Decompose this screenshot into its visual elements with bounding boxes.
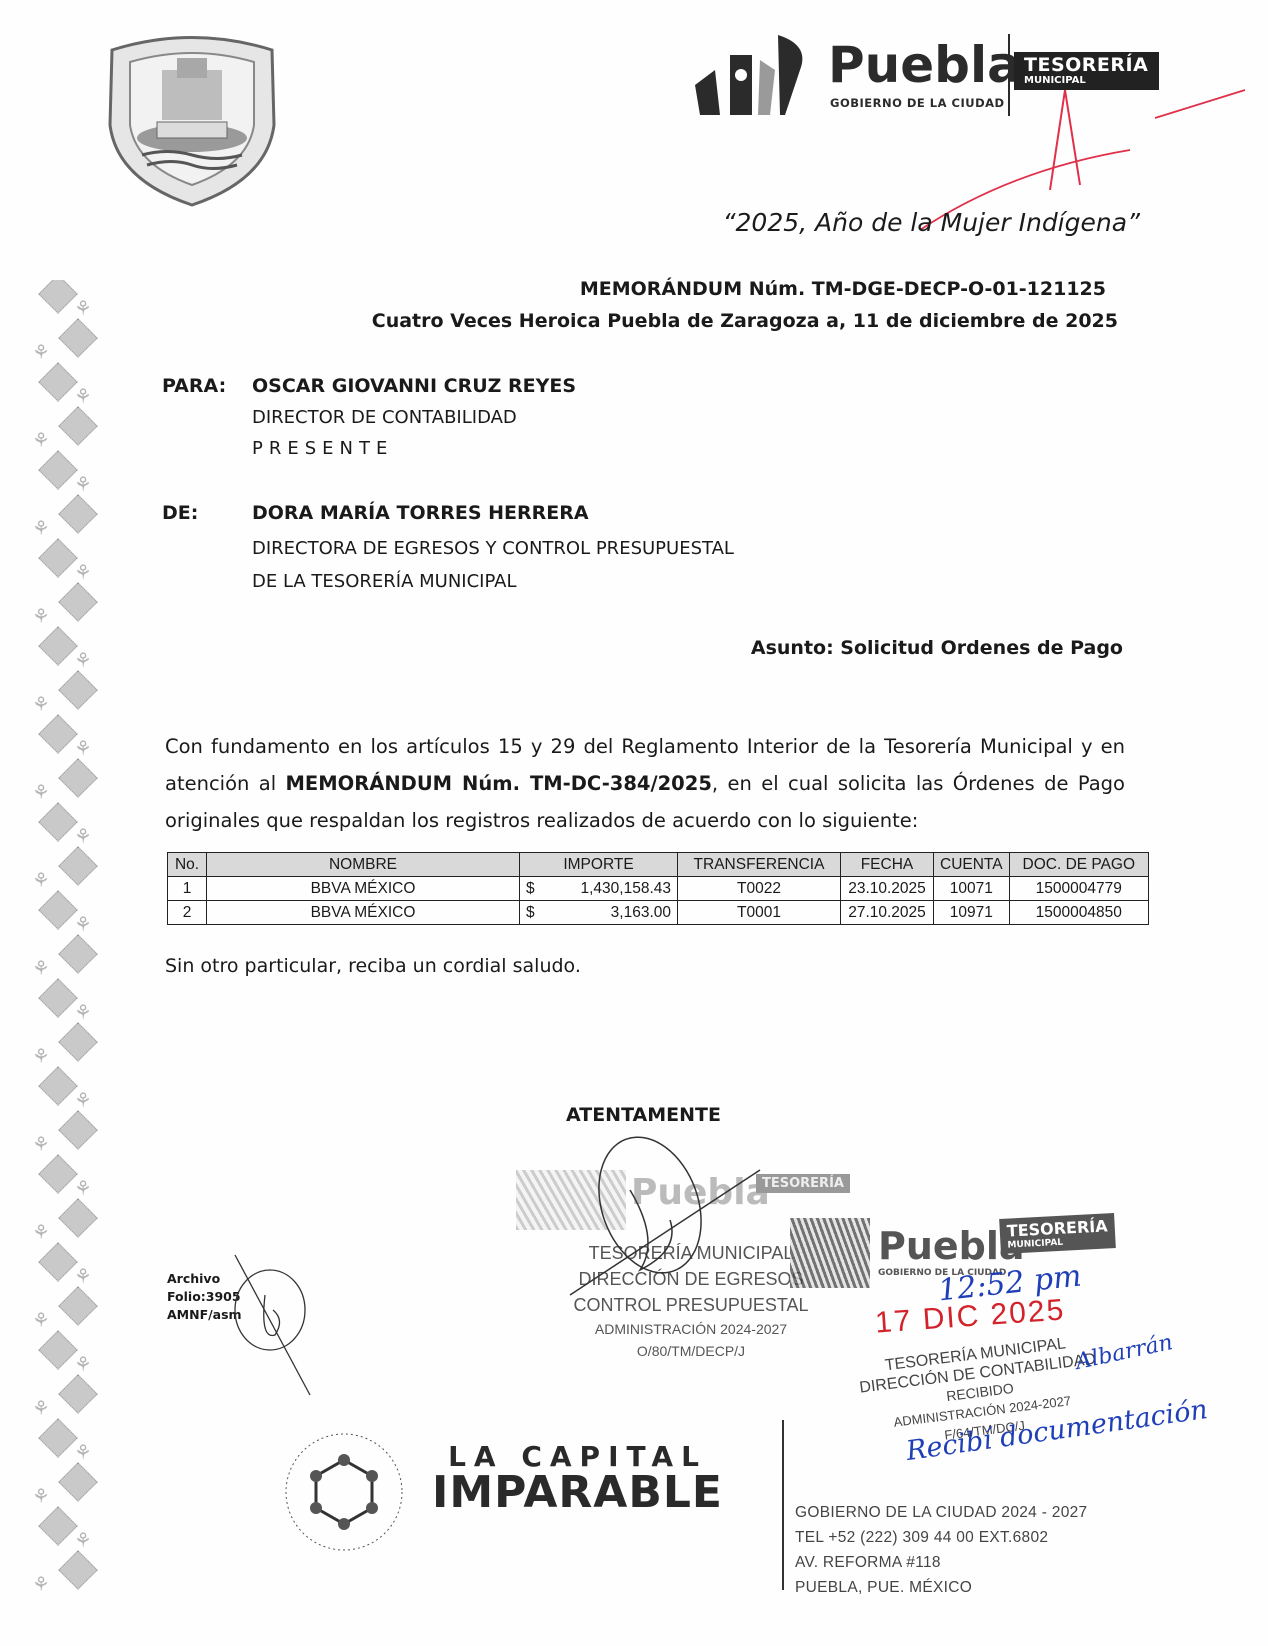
cell-cuenta: 10071	[934, 877, 1010, 901]
border-leaf-icon: ⚘	[32, 604, 50, 628]
border-diamond-icon	[58, 1198, 98, 1238]
coat-of-arms-icon	[102, 30, 282, 208]
border-diamond-icon	[38, 714, 78, 754]
border-diamond-icon	[58, 582, 98, 622]
border-diamond-icon	[58, 1022, 98, 1062]
border-leaf-icon: ⚘	[74, 472, 92, 496]
cell-cuenta: 10971	[934, 901, 1010, 925]
decorative-border: ⚘⚘⚘⚘⚘⚘⚘⚘⚘⚘⚘⚘⚘⚘⚘⚘⚘⚘⚘⚘⚘⚘⚘⚘⚘⚘⚘⚘⚘⚘	[30, 280, 102, 1600]
border-leaf-icon: ⚘	[74, 824, 92, 848]
cell-fecha: 23.10.2025	[841, 877, 934, 901]
border-leaf-icon: ⚘	[32, 956, 50, 980]
from-name: DORA MARÍA TORRES HERRERA	[252, 502, 589, 524]
cell-transferencia: T0001	[678, 901, 841, 925]
border-leaf-icon: ⚘	[32, 1572, 50, 1596]
border-leaf-icon: ⚘	[32, 1044, 50, 1068]
border-leaf-icon: ⚘	[74, 296, 92, 320]
amount-value: 3,163.00	[611, 904, 671, 921]
border-diamond-icon	[38, 1066, 78, 1106]
address-line: TEL +52 (222) 309 44 00 EXT.6802	[795, 1525, 1087, 1550]
border-leaf-icon: ⚘	[32, 1484, 50, 1508]
memo-number: MEMORÁNDUM Núm. TM-DGE-DECP-O-01-121125	[580, 278, 1106, 300]
border-leaf-icon: ⚘	[74, 648, 92, 672]
col-fecha: FECHA	[841, 853, 934, 877]
cell-doc-pago: 1500004779	[1009, 877, 1148, 901]
subject: Asunto: Solicitud Ordenes de Pago	[751, 637, 1123, 659]
cell-transferencia: T0022	[678, 877, 841, 901]
border-diamond-icon	[58, 318, 98, 358]
initials-signature	[215, 1250, 325, 1400]
norma-igualdad-seal-icon	[282, 1430, 407, 1555]
puebla-emblem-icon	[690, 30, 820, 120]
footer-divider	[782, 1420, 784, 1590]
address-line: AV. REFORMA #118	[795, 1550, 1087, 1575]
address-line: PUEBLA, PUE. MÉXICO	[795, 1575, 1087, 1600]
slogan-line2: IMPARABLE	[432, 1473, 723, 1513]
cell-importe: $1,430,158.43	[520, 877, 678, 901]
border-diamond-icon	[58, 1462, 98, 1502]
from-role-line2: DE LA TESORERÍA MUNICIPAL	[252, 571, 517, 592]
table-row: 2 BBVA MÉXICO $3,163.00 T0001 27.10.2025…	[168, 901, 1149, 925]
border-leaf-icon: ⚘	[74, 736, 92, 760]
col-importe: IMPORTE	[520, 853, 678, 877]
col-nombre: NOMBRE	[207, 853, 520, 877]
border-diamond-icon	[38, 1242, 78, 1282]
border-leaf-icon: ⚘	[74, 384, 92, 408]
border-diamond-icon	[38, 362, 78, 402]
to-role: DIRECTOR DE CONTABILIDAD	[252, 407, 517, 428]
col-cuenta: CUENTA	[934, 853, 1010, 877]
from-label: DE:	[162, 502, 198, 524]
to-presente: PRESENTE	[252, 438, 393, 459]
border-leaf-icon: ⚘	[74, 560, 92, 584]
border-leaf-icon: ⚘	[32, 1220, 50, 1244]
border-leaf-icon: ⚘	[32, 780, 50, 804]
border-diamond-icon	[38, 280, 78, 314]
payment-orders-table: No. NOMBRE IMPORTE TRANSFERENCIA FECHA C…	[167, 852, 1149, 925]
border-diamond-icon	[58, 846, 98, 886]
currency-symbol: $	[526, 880, 535, 898]
border-diamond-icon	[58, 670, 98, 710]
border-leaf-icon: ⚘	[32, 516, 50, 540]
border-diamond-icon	[38, 1330, 78, 1370]
cell-fecha: 27.10.2025	[841, 901, 934, 925]
border-leaf-icon: ⚘	[74, 1352, 92, 1376]
border-leaf-icon: ⚘	[74, 1088, 92, 1112]
footer-address: GOBIERNO DE LA CIUDAD 2024 - 2027 TEL +5…	[795, 1500, 1087, 1600]
tesoreria-title: TESORERÍA	[1024, 56, 1149, 76]
year-motto: “2025, Año de la Mujer Indígena”	[723, 208, 1140, 237]
cell-doc-pago: 1500004850	[1009, 901, 1148, 925]
from-role-line1: DIRECTORA DE EGRESOS Y CONTROL PRESUPUES…	[252, 538, 734, 559]
border-leaf-icon: ⚘	[32, 692, 50, 716]
border-diamond-icon	[38, 1154, 78, 1194]
body-reference: MEMORÁNDUM Núm. TM-DC-384/2025	[286, 772, 712, 795]
border-leaf-icon: ⚘	[74, 1176, 92, 1200]
border-leaf-icon: ⚘	[74, 912, 92, 936]
border-diamond-icon	[38, 1506, 78, 1546]
border-leaf-icon: ⚘	[74, 1440, 92, 1464]
col-no: No.	[168, 853, 207, 877]
border-diamond-icon	[58, 1550, 98, 1590]
col-transferencia: TRANSFERENCIA	[678, 853, 841, 877]
border-diamond-icon	[58, 406, 98, 446]
address-line: GOBIERNO DE LA CIUDAD 2024 - 2027	[795, 1500, 1087, 1525]
place-date: Cuatro Veces Heroica Puebla de Zaragoza …	[372, 310, 1118, 332]
cell-importe: $3,163.00	[520, 901, 678, 925]
border-leaf-icon: ⚘	[32, 1132, 50, 1156]
cell-no: 1	[168, 877, 207, 901]
cell-no: 2	[168, 901, 207, 925]
body-paragraph: Con fundamento en los artículos 15 y 29 …	[165, 728, 1125, 839]
handwritten-signature	[560, 1130, 780, 1300]
stamp-line: O/80/TM/DECP/J	[516, 1340, 866, 1362]
received-date-stamp: 17 DIC 2025	[874, 1293, 1066, 1340]
border-diamond-icon	[38, 450, 78, 490]
currency-symbol: $	[526, 904, 535, 922]
atentamente: ATENTAMENTE	[566, 1104, 721, 1126]
stamp-emblem-icon	[790, 1218, 870, 1288]
la-capital-imparable-logo: LA CAPITAL IMPARABLE	[432, 1440, 723, 1513]
border-leaf-icon: ⚘	[74, 1264, 92, 1288]
border-leaf-icon: ⚘	[74, 1528, 92, 1552]
closing-text: Sin otro particular, reciba un cordial s…	[165, 955, 581, 977]
border-leaf-icon: ⚘	[32, 428, 50, 452]
border-diamond-icon	[38, 1418, 78, 1458]
border-diamond-icon	[58, 494, 98, 534]
border-diamond-icon	[38, 626, 78, 666]
border-leaf-icon: ⚘	[32, 340, 50, 364]
border-diamond-icon	[58, 934, 98, 974]
border-leaf-icon: ⚘	[32, 1308, 50, 1332]
border-diamond-icon	[38, 538, 78, 578]
to-label: PARA:	[162, 375, 226, 397]
border-diamond-icon	[38, 890, 78, 930]
cell-nombre: BBVA MÉXICO	[207, 901, 520, 925]
to-name: OSCAR GIOVANNI CRUZ REYES	[252, 375, 576, 397]
border-diamond-icon	[58, 1374, 98, 1414]
col-doc-pago: DOC. DE PAGO	[1009, 853, 1148, 877]
cell-nombre: BBVA MÉXICO	[207, 877, 520, 901]
border-leaf-icon: ⚘	[74, 1000, 92, 1024]
border-diamond-icon	[58, 1110, 98, 1150]
border-leaf-icon: ⚘	[32, 1396, 50, 1420]
table-header-row: No. NOMBRE IMPORTE TRANSFERENCIA FECHA C…	[168, 853, 1149, 877]
border-diamond-icon	[38, 802, 78, 842]
border-diamond-icon	[58, 1286, 98, 1326]
border-diamond-icon	[38, 978, 78, 1018]
amount-value: 1,430,158.43	[580, 880, 671, 897]
table-row: 1 BBVA MÉXICO $1,430,158.43 T0022 23.10.…	[168, 877, 1149, 901]
border-diamond-icon	[58, 758, 98, 798]
stamp-tesoreria-badge: TESORERÍA MUNICIPAL	[999, 1213, 1116, 1254]
border-leaf-icon: ⚘	[32, 868, 50, 892]
stamp-line: ADMINISTRACIÓN 2024-2027	[516, 1318, 866, 1340]
